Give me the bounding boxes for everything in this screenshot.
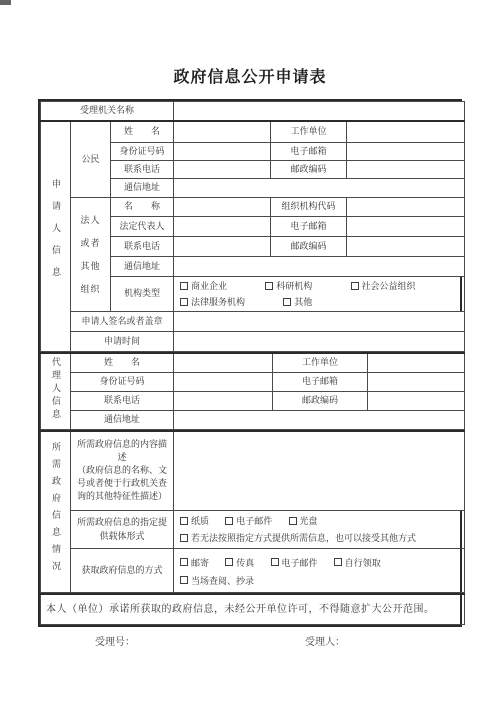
org-email-value[interactable] xyxy=(347,217,465,237)
checkbox-research-institution[interactable]: 科研机构 xyxy=(265,278,312,294)
footer-line: 受理号： 受理人： xyxy=(0,633,500,649)
agent-phone-label: 联系电话 xyxy=(71,391,174,410)
agent-id-value[interactable] xyxy=(174,372,273,391)
citizen-email-value[interactable] xyxy=(347,143,465,161)
citizen-work-value[interactable] xyxy=(347,121,465,143)
checkbox-social-welfare-org[interactable]: 社会公益组织 xyxy=(351,278,416,294)
checkbox-legal-service-org[interactable]: 法律服务机构 xyxy=(180,294,245,310)
delivery-options-line1: 邮寄 传真 电子邮件 自行领取 xyxy=(180,554,462,572)
agent-section-label-text: 代理人信息 xyxy=(51,357,60,422)
citizen-zip-value[interactable] xyxy=(347,161,465,179)
checkbox-icon xyxy=(180,576,188,584)
application-time-value[interactable] xyxy=(174,332,465,352)
applicant-section-label-text: 申请人信息 xyxy=(51,179,60,289)
citizen-work-label: 工作单位 xyxy=(271,121,347,143)
agent-name-value[interactable] xyxy=(174,353,273,372)
pledge-text: 本人（单位）承诺所获取的政府信息，未经公开单位许可，不得随意扩大公开范围。 xyxy=(41,594,465,624)
applicant-section-label: 申请人信息 xyxy=(41,121,71,352)
org-group-label: 法人或者其他组织 xyxy=(71,198,111,312)
checkbox-icon xyxy=(271,558,279,566)
agent-section-table: 代理人信息 姓 名 工作单位 身份证号码 电子邮箱 联系电话 邮政编码 通信地址 xyxy=(40,352,465,430)
org-code-value[interactable] xyxy=(347,198,465,217)
checkbox-icon xyxy=(225,517,233,525)
checkbox-icon xyxy=(334,558,342,566)
checkbox-icon xyxy=(180,298,188,306)
agent-name-label: 姓 名 xyxy=(71,353,174,372)
scan-artifact xyxy=(0,0,11,5)
applicant-signature-value[interactable] xyxy=(174,312,465,332)
application-form-table: 受理机关名称 申请人信息 公民 姓 名 工作单位 身份证号码 电子邮箱 联系电话 xyxy=(38,99,462,627)
delivery-options-line2: 当场查阅、抄录 xyxy=(180,572,462,590)
agent-zip-value[interactable] xyxy=(368,391,465,410)
info-description-label: 所需政府信息的内容描述 （政府信息的名称、文号或者便于行政机关查询的其他特征性描… xyxy=(71,431,174,511)
citizen-phone-label: 联系电话 xyxy=(111,161,174,179)
citizen-phone-value[interactable] xyxy=(174,161,271,179)
page-title: 政府信息公开申请表 xyxy=(0,64,500,87)
checkbox-fax[interactable]: 传真 xyxy=(225,554,254,572)
citizen-email-label: 电子邮箱 xyxy=(271,143,347,161)
agent-email-label: 电子邮箱 xyxy=(273,372,368,391)
checkbox-icon xyxy=(180,517,188,525)
org-name-value[interactable] xyxy=(174,198,271,217)
checkbox-paper[interactable]: 纸质 xyxy=(180,513,209,530)
checkbox-mail[interactable]: 邮寄 xyxy=(180,554,209,572)
checkbox-onsite-review[interactable]: 当场查阅、抄录 xyxy=(180,572,254,590)
agent-section-label: 代理人信息 xyxy=(41,353,71,429)
org-rep-label: 法定代表人 xyxy=(111,217,174,237)
delivery-method-label: 获取政府信息的方式 xyxy=(71,549,174,593)
org-address-value[interactable] xyxy=(174,257,465,277)
delivery-method-options: 邮寄 传真 电子邮件 自行领取 当场查阅、抄录 xyxy=(174,549,465,593)
citizen-group-label: 公民 xyxy=(71,121,111,198)
carrier-options-line2: 若无法按照指定方式提供所需信息，也可以接受其他方式 xyxy=(180,530,462,547)
required-info-section-label-text: 所需政府信息情况 xyxy=(51,442,60,578)
agent-work-label: 工作单位 xyxy=(273,353,368,372)
agent-zip-label: 邮政编码 xyxy=(273,391,368,410)
org-code-label: 组织机构代码 xyxy=(271,198,347,217)
agent-email-value[interactable] xyxy=(368,372,465,391)
checkbox-icon xyxy=(351,282,359,290)
checkbox-icon xyxy=(289,517,297,525)
citizen-id-value[interactable] xyxy=(174,143,271,161)
org-phone-value[interactable] xyxy=(174,237,271,257)
checkbox-icon xyxy=(265,282,273,290)
applicant-signature-label: 申请人签名或者盖章 xyxy=(71,312,174,332)
required-info-section-table: 所需政府信息情况 所需政府信息的内容描述 （政府信息的名称、文号或者便于行政机关… xyxy=(40,430,465,594)
agent-address-value[interactable] xyxy=(174,410,465,429)
checkbox-accept-other-format[interactable]: 若无法按照指定方式提供所需信息，也可以接受其他方式 xyxy=(180,530,416,547)
org-type-label: 机构类型 xyxy=(111,277,174,312)
org-type-options-line1: 商业企业 科研机构 社会公益组织 xyxy=(180,278,462,294)
citizen-name-label: 姓 名 xyxy=(111,121,174,143)
citizen-address-label: 通信地址 xyxy=(111,179,174,198)
checkbox-self-pickup[interactable]: 自行领取 xyxy=(334,554,381,572)
checkbox-icon xyxy=(180,558,188,566)
info-description-value[interactable] xyxy=(174,431,465,511)
citizen-id-label: 身份证号码 xyxy=(111,143,174,161)
checkbox-business-enterprise[interactable]: 商业企业 xyxy=(180,278,227,294)
org-name-label: 名 称 xyxy=(111,198,174,217)
carrier-form-label: 所需政府信息的指定提供载体形式 xyxy=(71,511,174,549)
info-description-line2: （政府信息的名称、文号或者便于行政机关查询的其他特征性描述） xyxy=(75,464,169,503)
citizen-name-value[interactable] xyxy=(174,121,271,143)
application-time-label: 申请时间 xyxy=(71,332,174,352)
checkbox-icon xyxy=(225,558,233,566)
info-description-line1: 所需政府信息的内容描述 xyxy=(75,438,169,464)
checkbox-icon xyxy=(180,282,188,290)
org-zip-label: 邮政编码 xyxy=(271,237,347,257)
agent-work-value[interactable] xyxy=(368,353,465,372)
required-info-section-label: 所需政府信息情况 xyxy=(41,431,71,593)
checkbox-email-delivery[interactable]: 电子邮件 xyxy=(271,554,318,572)
org-phone-label: 联系电话 xyxy=(111,237,174,257)
agent-address-label: 通信地址 xyxy=(71,410,174,429)
org-type-options: 商业企业 科研机构 社会公益组织 法律服务机构 其他 xyxy=(174,277,465,312)
agent-phone-value[interactable] xyxy=(174,391,273,410)
pledge-section-table: 本人（单位）承诺所获取的政府信息，未经公开单位许可，不得随意扩大公开范围。 xyxy=(40,593,465,625)
acceptance-authority-label: 受理机关名称 xyxy=(41,102,174,121)
org-zip-value[interactable] xyxy=(347,237,465,257)
checkbox-other-org-type[interactable]: 其他 xyxy=(283,294,312,310)
acceptance-authority-value[interactable] xyxy=(174,102,465,121)
applicant-section-table: 受理机关名称 申请人信息 公民 姓 名 工作单位 身份证号码 电子邮箱 联系电话 xyxy=(40,101,465,352)
form-page: 政府信息公开申请表 受理机关名称 申请人信息 公民 姓 名 工作单位 身份证号码 xyxy=(0,0,500,707)
org-group-label-text: 法人或者其他组织 xyxy=(81,209,101,301)
org-type-options-line2: 法律服务机构 其他 xyxy=(180,294,462,310)
agent-id-label: 身份证号码 xyxy=(71,372,174,391)
citizen-address-value[interactable] xyxy=(174,179,465,198)
org-address-label: 通信地址 xyxy=(111,257,174,277)
checkbox-email-carrier[interactable]: 电子邮件 xyxy=(225,513,272,530)
org-email-label: 电子邮箱 xyxy=(271,217,347,237)
carrier-options-line1: 纸质 电子邮件 光盘 xyxy=(180,513,462,530)
acceptance-person-label: 受理人： xyxy=(305,633,345,648)
citizen-zip-label: 邮政编码 xyxy=(271,161,347,179)
checkbox-icon xyxy=(283,298,291,306)
org-rep-value[interactable] xyxy=(174,217,271,237)
checkbox-cd[interactable]: 光盘 xyxy=(289,513,318,530)
carrier-form-options: 纸质 电子邮件 光盘 若无法按照指定方式提供所需信息，也可以接受其他方式 xyxy=(174,511,465,549)
acceptance-number-label: 受理号： xyxy=(95,633,135,648)
checkbox-icon xyxy=(180,534,188,542)
